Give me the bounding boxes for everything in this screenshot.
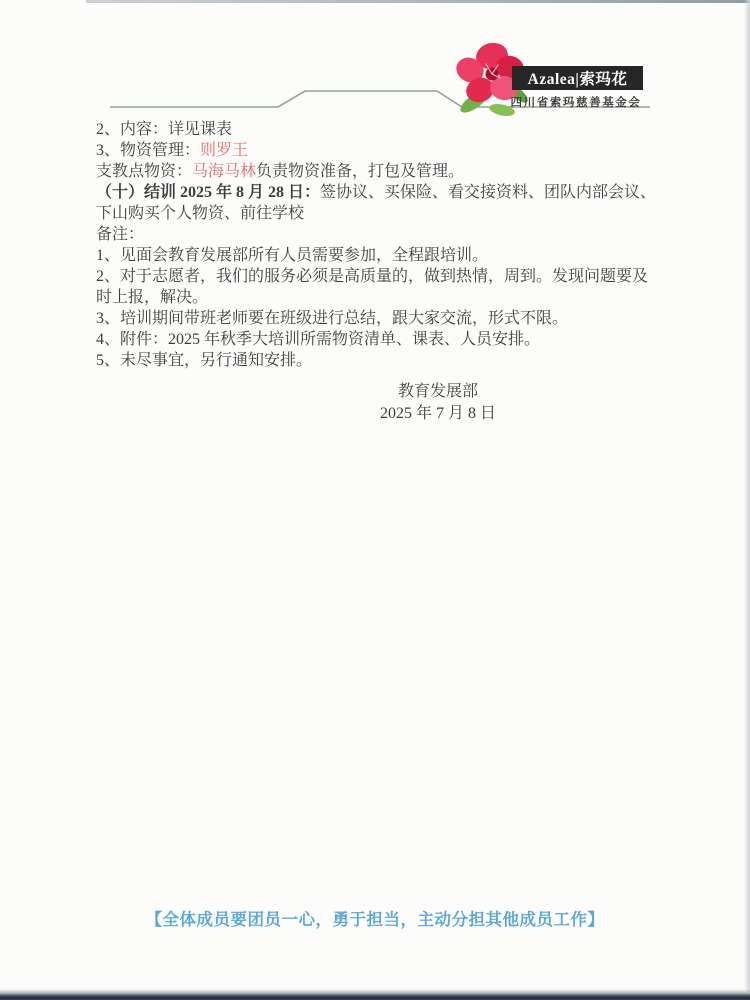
text-line: 2、对于志愿者，我们的服务必须是高质量的，做到热情，周到。发现问题要及 [96,266,662,287]
signature-block: 教育发展部 2025 年 7 月 8 日 [318,381,558,425]
logo-brand-badge: Azalea|索玛花 [512,66,643,90]
text-line: 下山购买个人物资、前往学校 [96,203,662,224]
org-logo: Azalea|索玛花 四川省索玛慈善基金会 [448,40,653,120]
text-line: 5、未尽事宜，另行通知安排。 [96,350,662,371]
scanned-page: Azalea|索玛花 四川省索玛慈善基金会 2、内容：详见课表3、物资管理：则罗… [0,0,750,1000]
document-body: 2、内容：详见课表3、物资管理：则罗王支教点物资：马海马林负责物资准备，打包及管… [96,119,662,371]
text-line: 1、见面会教育发展部所有人员需要参加，全程跟培训。 [96,245,662,266]
footer-slogan: 【全体成员要团员一心，勇于担当，主动分担其他成员工作】 [0,906,750,930]
text-line: 4、附件：2025 年秋季大培训所需物资清单、课表、人员安排。 [96,329,662,350]
text-line: 2、内容：详见课表 [96,119,662,140]
text-line: 备注： [96,224,662,245]
org-name-label: 四川省索玛慈善基金会 [506,94,646,110]
signature-department: 教育发展部 [318,381,558,403]
scan-edge-top [86,0,750,3]
signature-date: 2025 年 7 月 8 日 [318,403,558,425]
scan-edge-bottom [0,989,750,1000]
logo-brand-text: Azalea|索玛花 [528,67,628,89]
scan-edge-right [744,0,750,1000]
text-line: 支教点物资：马海马林负责物资准备，打包及管理。 [96,161,662,182]
text-line: 时上报，解决。 [96,287,662,308]
text-line: 3、物资管理：则罗王 [96,140,662,161]
text-line: 3、培训期间带班老师要在班级进行总结，跟大家交流，形式不限。 [96,308,662,329]
text-line: （十）结训 2025 年 8 月 28 日：签协议、买保险、看交接资料、团队内部… [96,182,662,203]
